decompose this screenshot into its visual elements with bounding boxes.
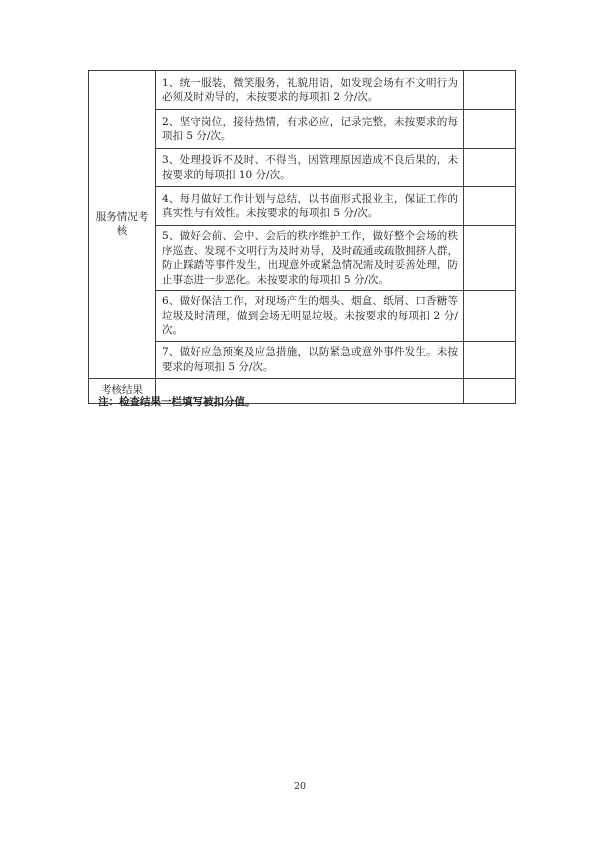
score-cell xyxy=(464,291,516,342)
criteria-cell: 1、统一服装，微笑服务，礼貌用语，如发现会场有不文明行为必须及时劝导的，未按要求… xyxy=(156,71,464,110)
criteria-cell: 4、每月做好工作计划与总结，以书面形式报业主，保证工作的真实性与有效性。未按要求… xyxy=(156,187,464,226)
score-cell xyxy=(464,110,516,149)
score-cell xyxy=(464,341,516,378)
score-cell xyxy=(464,71,516,110)
section-label-cell: 服务情况考核 xyxy=(89,71,156,379)
table-row: 服务情况考核 1、统一服装，微笑服务，礼貌用语，如发现会场有不文明行为必须及时劝… xyxy=(89,71,516,110)
score-cell xyxy=(464,187,516,226)
criteria-cell: 3、处理投诉不及时、不得当，因管理原因造成不良后果的，未按要求的每项扣 10 分… xyxy=(156,149,464,187)
score-cell xyxy=(464,378,516,403)
document-page: 服务情况考核 1、统一服装，微笑服务，礼貌用语，如发现会场有不文明行为必须及时劝… xyxy=(0,0,600,848)
criteria-cell: 2、坚守岗位，接待热情，有求必应，记录完整，未按要求的每项扣 5 分/次。 xyxy=(156,110,464,149)
criteria-cell: 5、做好会前、会中、会后的秩序维护工作，做好整个会场的秩序巡查、发现不文明行为及… xyxy=(156,226,464,291)
footnote: 注：检查结果一栏填写被扣分值。 xyxy=(98,395,256,409)
score-cell xyxy=(464,226,516,291)
criteria-cell: 7、做好应急预案及应急措施，以防紧急或意外事件发生。未按要求的每项扣 5 分/次… xyxy=(156,341,464,378)
assessment-table: 服务情况考核 1、统一服装，微笑服务，礼貌用语，如发现会场有不文明行为必须及时劝… xyxy=(88,70,516,404)
page-number: 20 xyxy=(0,781,600,792)
criteria-cell: 6、做好保洁工作，对现场产生的烟头、烟盒、纸屑、口香糖等垃圾及时清理，做到会场无… xyxy=(156,291,464,342)
score-cell xyxy=(464,149,516,187)
